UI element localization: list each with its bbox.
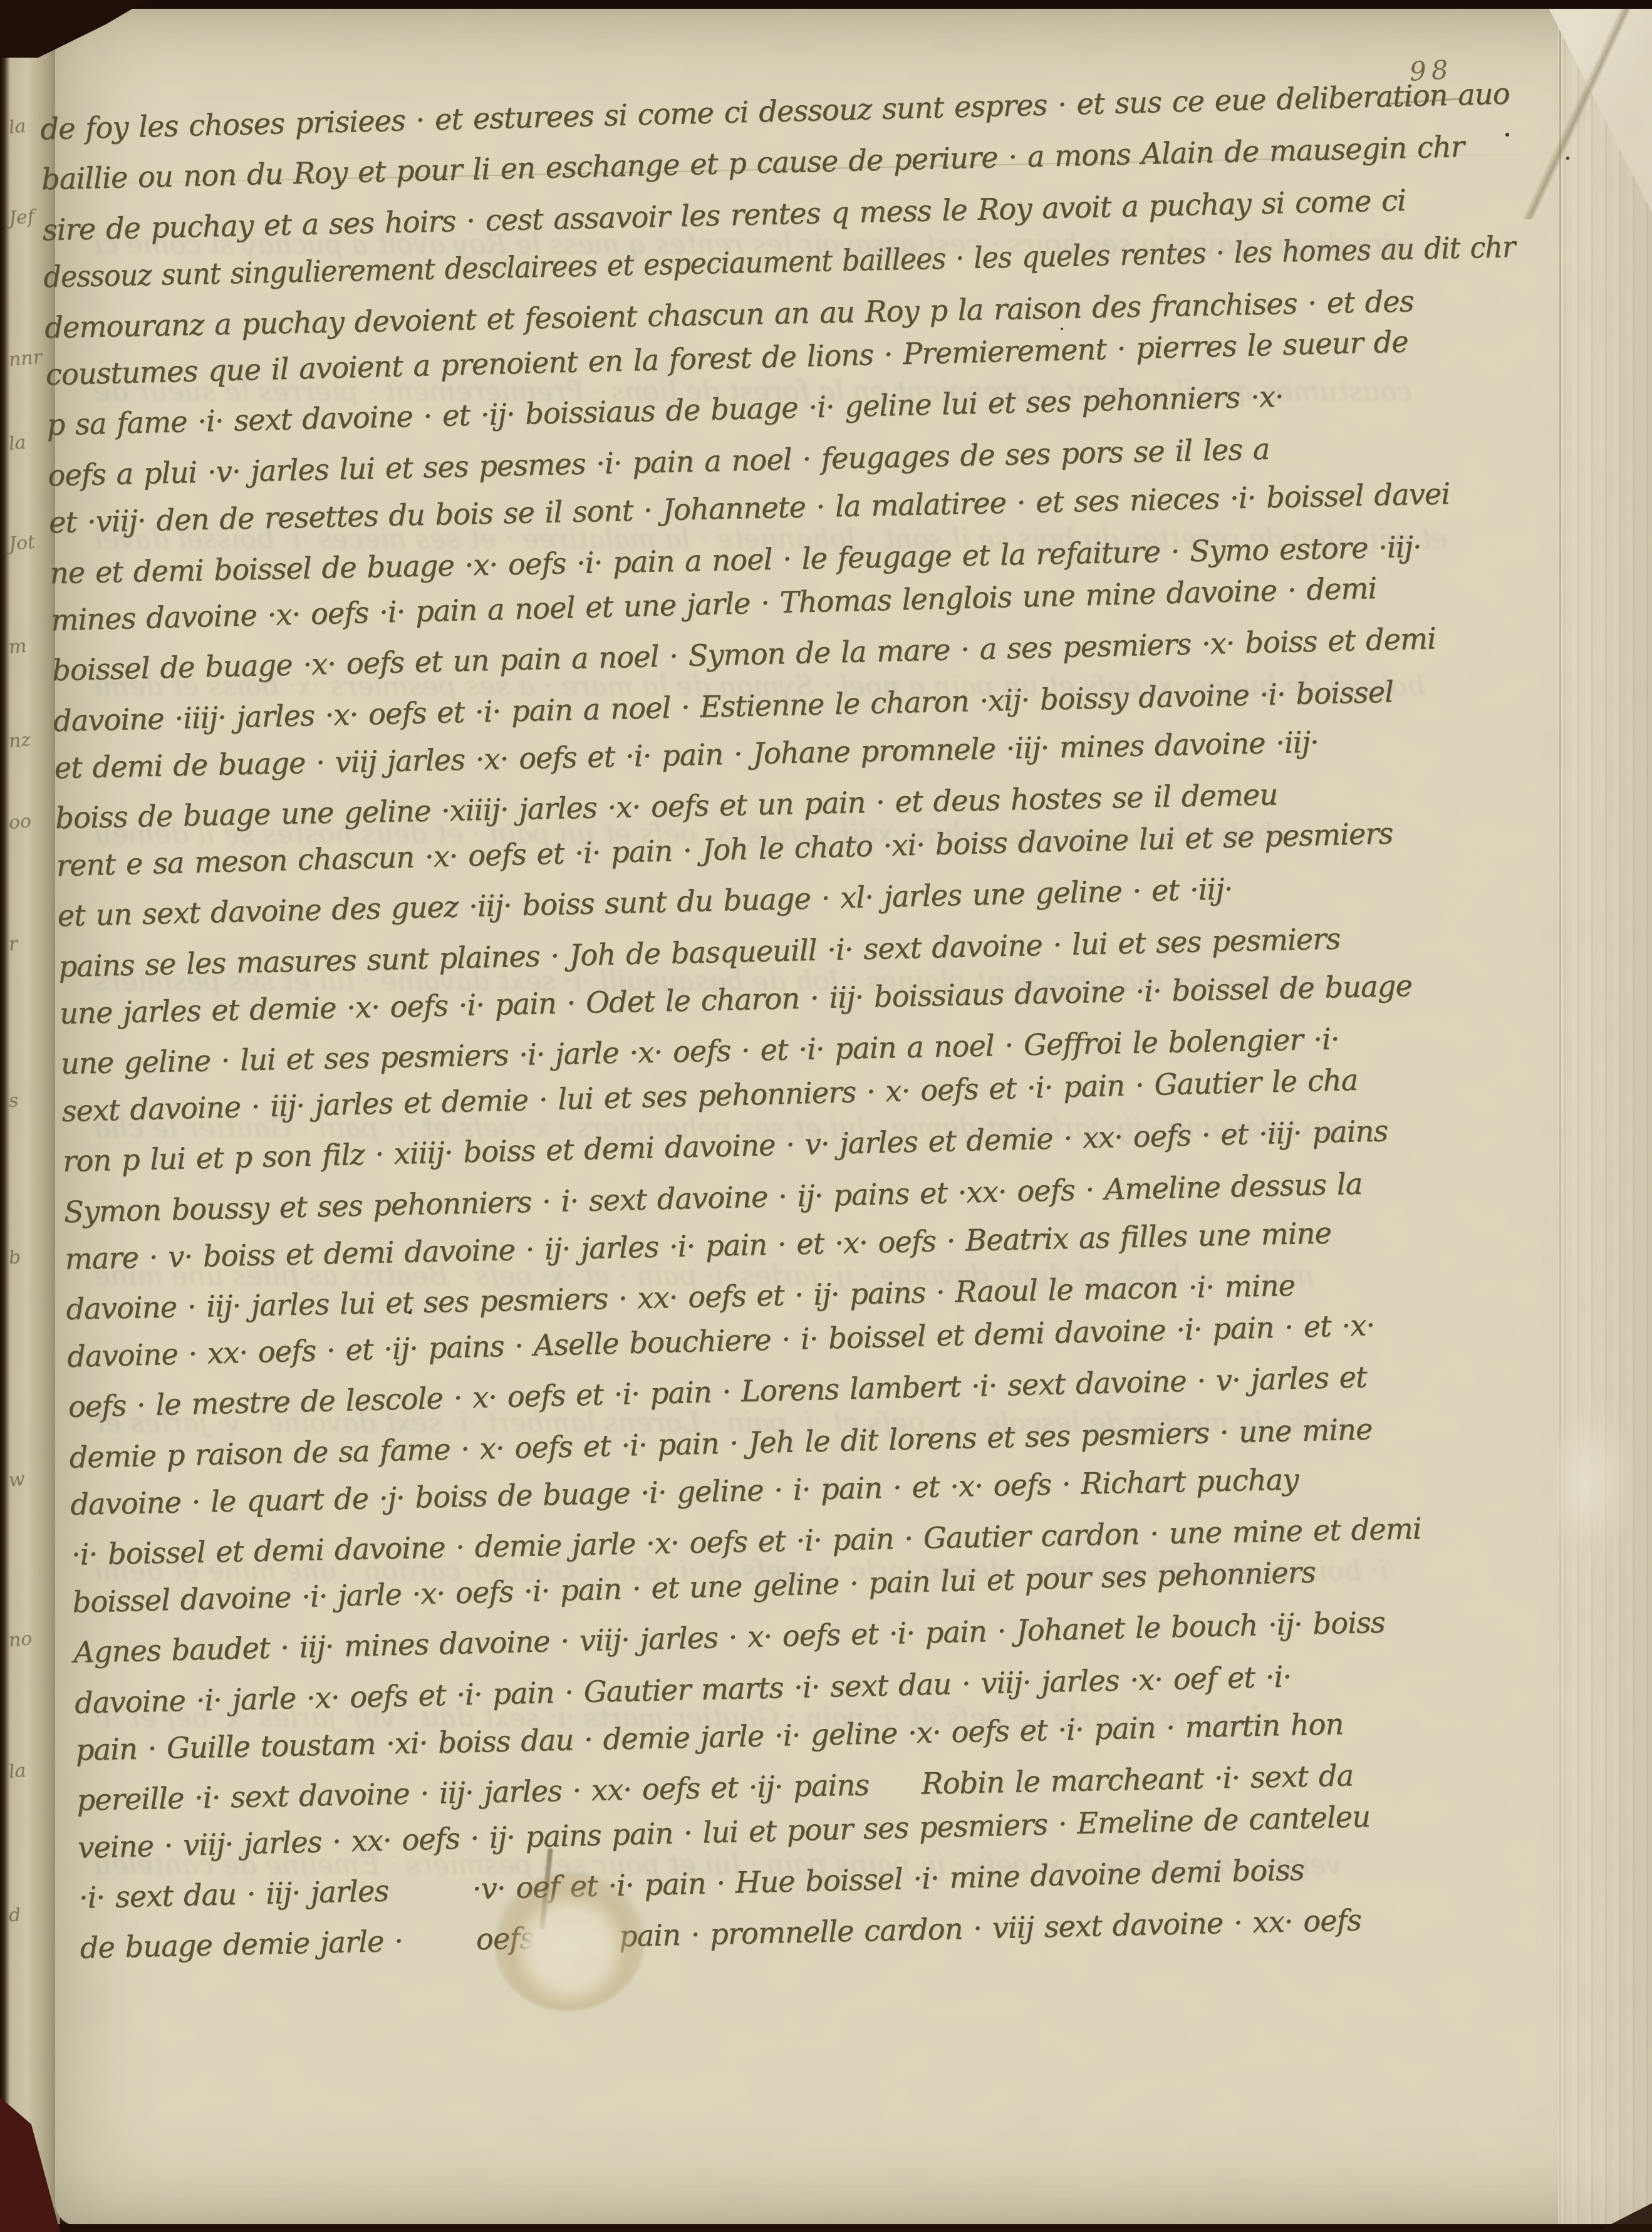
text-block: de foy les choses prisiees · et esturees… <box>40 74 1571 1972</box>
facing-page-text-fragment: s <box>8 1089 19 1112</box>
manuscript-scan: laJefnnrlaJotmnzoorsbwnolad 98 de foy le… <box>0 0 1652 2232</box>
facing-page-text-fragment: d <box>8 1904 22 1927</box>
facing-page-text-fragment: la <box>8 432 27 455</box>
facing-page-text-fragment: m <box>8 635 28 658</box>
binding-edge-top <box>0 0 1652 9</box>
facing-page-text-fragment: w <box>8 1468 26 1492</box>
facing-page-text-fragment: nz <box>8 729 32 753</box>
facing-page-text-fragment: oo <box>8 810 33 834</box>
ink-speck <box>408 1311 412 1314</box>
ink-speck <box>1061 328 1063 330</box>
facing-page-text-fragment: r <box>8 933 19 955</box>
ink-speck <box>1566 157 1569 160</box>
facing-page-text-fragment: b <box>8 1246 22 1269</box>
facing-page-text-fragment: la <box>8 115 27 138</box>
facing-page-text-fragment: nnr <box>8 346 43 371</box>
leaf-edges <box>1558 5 1652 2226</box>
ink-speck <box>1505 133 1509 137</box>
binding-edge-bottom <box>0 2224 1652 2232</box>
facing-page-text-fragment: Jot <box>8 531 36 556</box>
facing-page-text-fragment: Jef <box>8 205 36 229</box>
facing-page-text-fragment: la <box>8 1760 27 1783</box>
facing-page-text-fragment: no <box>8 1627 33 1651</box>
